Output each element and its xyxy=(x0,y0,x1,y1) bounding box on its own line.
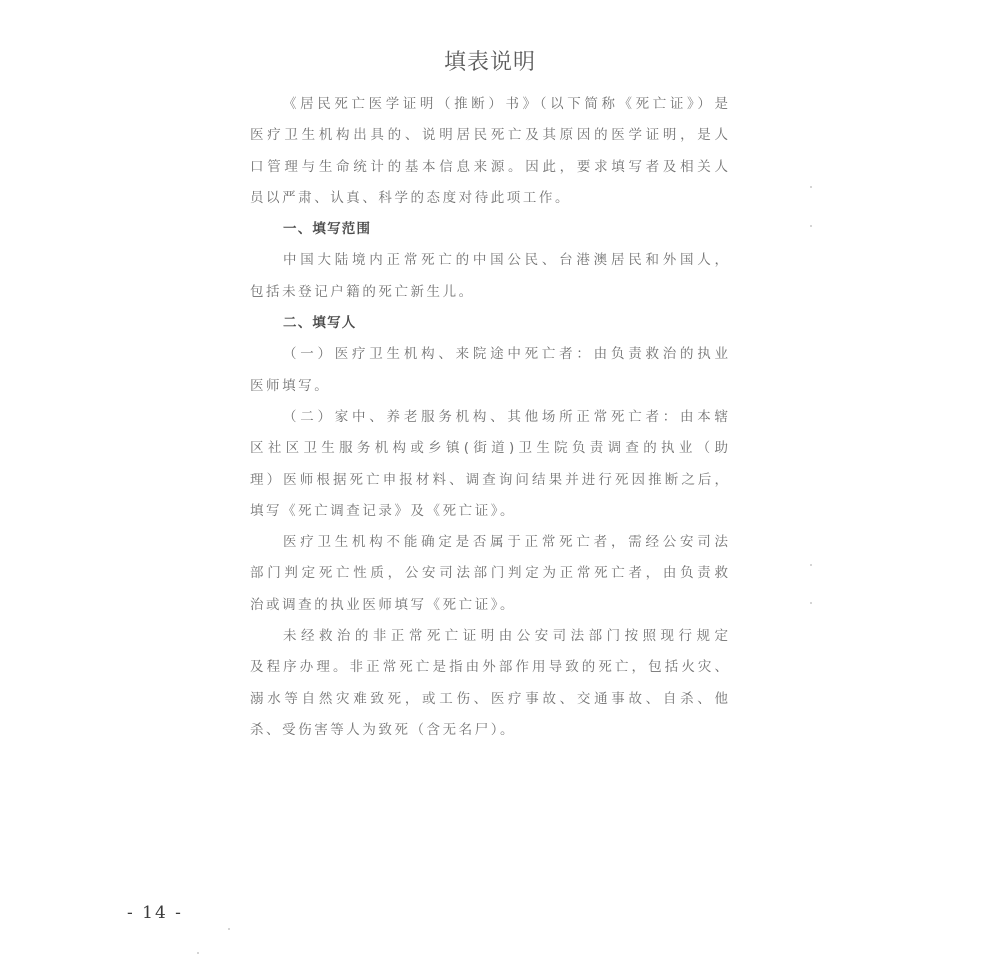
paragraph-filler-2-line-3: 理）医师根据死亡申报材料、调查询问结果并进行死因推断之后， xyxy=(250,465,728,496)
section-heading-scope: 一、填写范围 xyxy=(250,214,728,245)
paragraph-uncertain-line-1: 医疗卫生机构不能确定是否属于正常死亡者，需经公安司法 xyxy=(250,527,728,558)
paragraph-abnormal-line-3: 溺水等自然灾难致死，或工伤、医疗事故、交通事故、自杀、他 xyxy=(250,684,728,715)
paragraph-uncertain-line-2: 部门判定死亡性质，公安司法部门判定为正常死亡者，由负责救 xyxy=(250,558,728,589)
paragraph-filler-1-line-1: （一）医疗卫生机构、来院途中死亡者：由负责救治的执业 xyxy=(250,339,728,370)
paragraph-intro-line-2: 医疗卫生机构出具的、说明居民死亡及其原因的医学证明，是人 xyxy=(250,120,728,151)
paragraph-filler-2-line-2: 区社区卫生服务机构或乡镇(街道)卫生院负责调查的执业（助 xyxy=(250,433,728,464)
page-title: 填表说明 xyxy=(0,49,980,77)
scan-speck xyxy=(228,928,230,930)
scan-speck xyxy=(197,952,199,954)
page-number: - 14 - xyxy=(127,903,183,923)
paragraph-filler-2-line-4: 填写《死亡调查记录》及《死亡证》。 xyxy=(250,496,728,527)
paragraph-scope-line-2: 包括未登记户籍的死亡新生儿。 xyxy=(250,277,728,308)
paragraph-intro-line-3: 口管理与生命统计的基本信息来源。因此，要求填写者及相关人 xyxy=(250,152,728,183)
document-body: 《居民死亡医学证明（推断）书》（以下简称《死亡证》）是 医疗卫生机构出具的、说明… xyxy=(250,89,728,746)
paragraph-abnormal-line-4: 杀、受伤害等人为致死（含无名尸）。 xyxy=(250,715,728,746)
paragraph-filler-2-line-1: （二）家中、养老服务机构、其他场所正常死亡者：由本辖 xyxy=(250,402,728,433)
paragraph-intro-line-4: 员以严肃、认真、科学的态度对待此项工作。 xyxy=(250,183,728,214)
scan-speck xyxy=(810,186,812,188)
paragraph-intro-line-1: 《居民死亡医学证明（推断）书》（以下简称《死亡证》）是 xyxy=(250,89,728,120)
scan-speck xyxy=(810,602,812,604)
section-heading-filler: 二、填写人 xyxy=(250,308,728,339)
scan-speck xyxy=(810,225,812,227)
paragraph-filler-1-line-2: 医师填写。 xyxy=(250,371,728,402)
paragraph-uncertain-line-3: 治或调查的执业医师填写《死亡证》。 xyxy=(250,590,728,621)
paragraph-abnormal-line-2: 及程序办理。非正常死亡是指由外部作用导致的死亡，包括火灾、 xyxy=(250,652,728,683)
scan-speck xyxy=(810,564,812,566)
paragraph-scope-line-1: 中国大陆境内正常死亡的中国公民、台港澳居民和外国人， xyxy=(250,245,728,276)
document-page: 填表说明 《居民死亡医学证明（推断）书》（以下简称《死亡证》）是 医疗卫生机构出… xyxy=(0,0,992,970)
paragraph-abnormal-line-1: 未经救治的非正常死亡证明由公安司法部门按照现行规定 xyxy=(250,621,728,652)
